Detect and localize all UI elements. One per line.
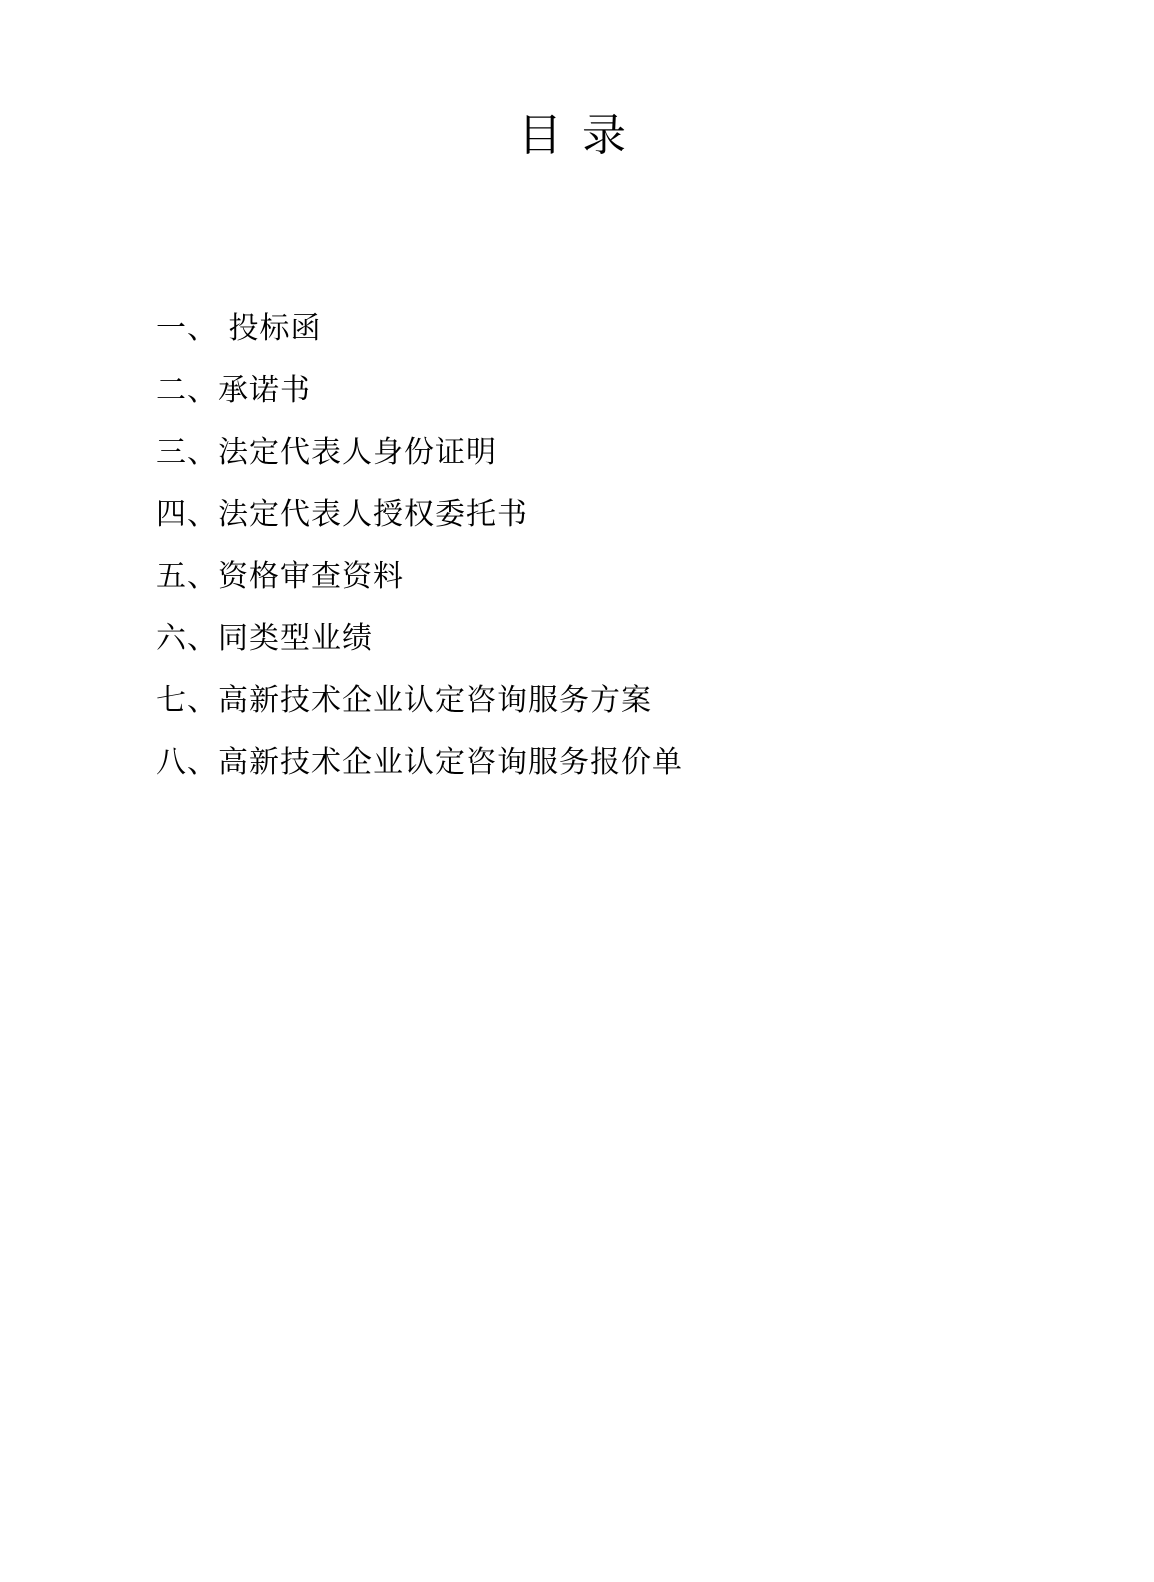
toc-item-5: 五、资格审查资料 bbox=[156, 546, 683, 608]
toc-item-1: 一、 投标函 bbox=[156, 298, 683, 360]
page-title: 目录 bbox=[0, 108, 1154, 164]
toc-item-2: 二、承诺书 bbox=[156, 360, 683, 422]
toc-item-8: 八、高新技术企业认定咨询服务报价单 bbox=[156, 732, 683, 794]
toc-item-6: 六、同类型业绩 bbox=[156, 608, 683, 670]
toc-item-3: 三、法定代表人身份证明 bbox=[156, 422, 683, 484]
document-page: 目录 一、 投标函 二、承诺书 三、法定代表人身份证明 四、法定代表人授权委托书… bbox=[0, 0, 1154, 1582]
toc-item-7: 七、高新技术企业认定咨询服务方案 bbox=[156, 670, 683, 732]
toc-item-4: 四、法定代表人授权委托书 bbox=[156, 484, 683, 546]
table-of-contents: 一、 投标函 二、承诺书 三、法定代表人身份证明 四、法定代表人授权委托书 五、… bbox=[156, 298, 683, 794]
